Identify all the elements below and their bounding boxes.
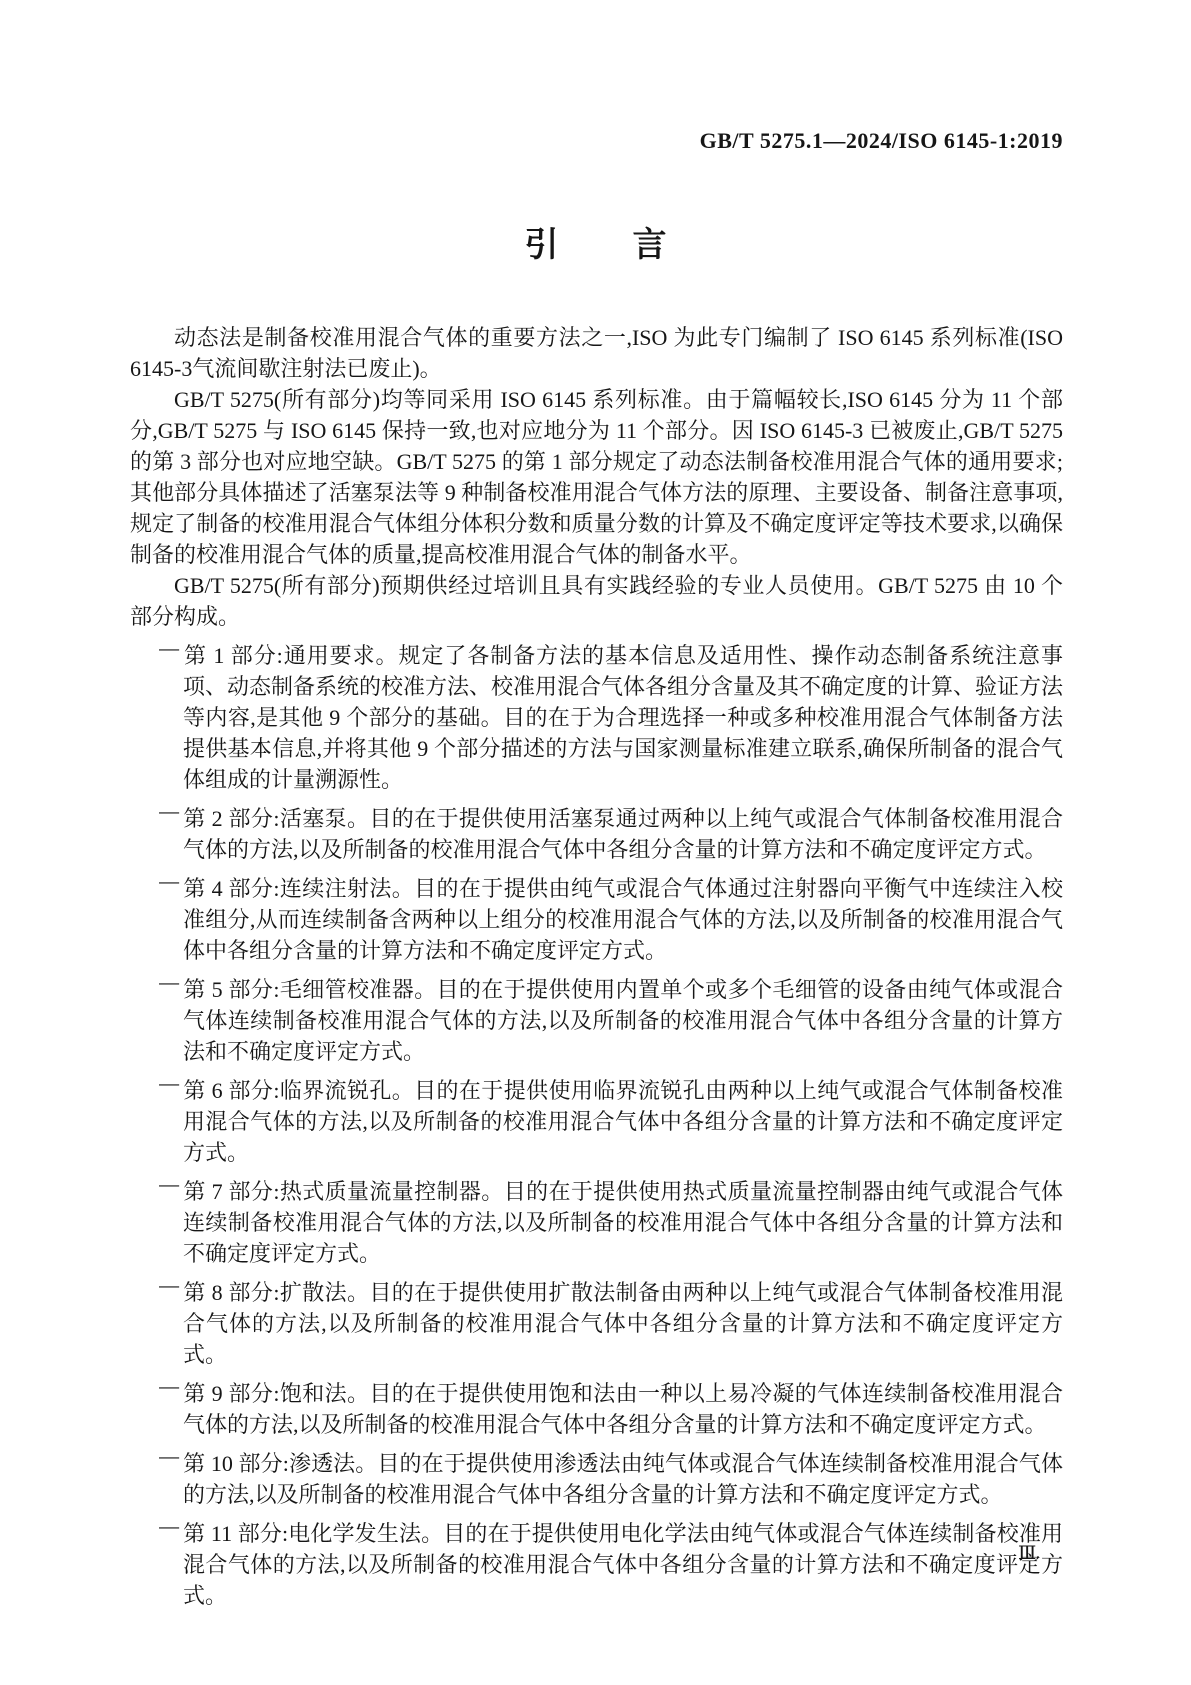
- list-dash: ——: [159, 795, 183, 826]
- part-item: ——第 10 部分:渗透法。目的在于提供使用渗透法由纯气体或混合气体连续制备校准…: [130, 1440, 1063, 1510]
- part-item: ——第 4 部分:连续注射法。目的在于提供由纯气或混合气体通过注射器向平衡气中连…: [130, 865, 1063, 966]
- part-item: ——第 9 部分:饱和法。目的在于提供使用饱和法由一种以上易冷凝的气体连续制备校…: [130, 1370, 1063, 1440]
- part-text: 第 5 部分:毛细管校准器。目的在于提供使用内置单个或多个毛细管的设备由纯气体或…: [183, 977, 1063, 1064]
- part-text: 第 7 部分:热式质量流量控制器。目的在于提供使用热式质量流量控制器由纯气或混合…: [183, 1179, 1063, 1266]
- list-dash: ——: [159, 1440, 183, 1471]
- part-text: 第 6 部分:临界流锐孔。目的在于提供使用临界流锐孔由两种以上纯气或混合气体制备…: [183, 1078, 1063, 1165]
- intro-paragraph: 动态法是制备校准用混合气体的重要方法之一,ISO 为此专门编制了 ISO 614…: [130, 322, 1063, 384]
- page-number: Ⅲ: [1018, 1543, 1036, 1565]
- document-body: 动态法是制备校准用混合气体的重要方法之一,ISO 为此专门编制了 ISO 614…: [130, 322, 1063, 1611]
- list-dash: ——: [159, 1168, 183, 1199]
- list-dash: ——: [159, 1370, 183, 1401]
- part-item: ——第 1 部分:通用要求。规定了各制备方法的基本信息及适用性、操作动态制备系统…: [130, 632, 1063, 795]
- part-item: ——第 7 部分:热式质量流量控制器。目的在于提供使用热式质量流量控制器由纯气或…: [130, 1168, 1063, 1269]
- part-text: 第 10 部分:渗透法。目的在于提供使用渗透法由纯气体或混合气体连续制备校准用混…: [183, 1451, 1063, 1507]
- page-title: 引 言: [130, 224, 1063, 266]
- intro-paragraph: GB/T 5275(所有部分)均等同采用 ISO 6145 系列标准。由于篇幅较…: [130, 384, 1063, 570]
- part-item: ——第 6 部分:临界流锐孔。目的在于提供使用临界流锐孔由两种以上纯气或混合气体…: [130, 1067, 1063, 1168]
- parts-list: ——第 1 部分:通用要求。规定了各制备方法的基本信息及适用性、操作动态制备系统…: [130, 632, 1063, 1611]
- part-item: ——第 11 部分:电化学发生法。目的在于提供使用电化学法由纯气体或混合气体连续…: [130, 1510, 1063, 1611]
- part-item: ——第 8 部分:扩散法。目的在于提供使用扩散法制备由两种以上纯气或混合气体制备…: [130, 1269, 1063, 1370]
- part-text: 第 1 部分:通用要求。规定了各制备方法的基本信息及适用性、操作动态制备系统注意…: [183, 643, 1063, 792]
- intro-paragraph: GB/T 5275(所有部分)预期供经过培训且具有实践经验的专业人员使用。GB/…: [130, 570, 1063, 632]
- part-text: 第 11 部分:电化学发生法。目的在于提供使用电化学法由纯气体或混合气体连续制备…: [183, 1521, 1063, 1608]
- list-dash: ——: [159, 966, 183, 997]
- part-text: 第 2 部分:活塞泵。目的在于提供使用活塞泵通过两种以上纯气或混合气体制备校准用…: [183, 806, 1063, 862]
- part-item: ——第 2 部分:活塞泵。目的在于提供使用活塞泵通过两种以上纯气或混合气体制备校…: [130, 795, 1063, 865]
- part-text: 第 8 部分:扩散法。目的在于提供使用扩散法制备由两种以上纯气或混合气体制备校准…: [183, 1280, 1063, 1367]
- part-text: 第 4 部分:连续注射法。目的在于提供由纯气或混合气体通过注射器向平衡气中连续注…: [183, 876, 1063, 963]
- standard-number-header: GB/T 5275.1—2024/ISO 6145-1:2019: [130, 130, 1063, 152]
- list-dash: ——: [159, 632, 183, 663]
- list-dash: ——: [159, 865, 183, 896]
- part-text: 第 9 部分:饱和法。目的在于提供使用饱和法由一种以上易冷凝的气体连续制备校准用…: [183, 1381, 1063, 1437]
- list-dash: ——: [159, 1269, 183, 1300]
- document-page: GB/T 5275.1—2024/ISO 6145-1:2019 引 言 动态法…: [0, 0, 1191, 1685]
- list-dash: ——: [159, 1067, 183, 1098]
- list-dash: ——: [159, 1510, 183, 1541]
- part-item: ——第 5 部分:毛细管校准器。目的在于提供使用内置单个或多个毛细管的设备由纯气…: [130, 966, 1063, 1067]
